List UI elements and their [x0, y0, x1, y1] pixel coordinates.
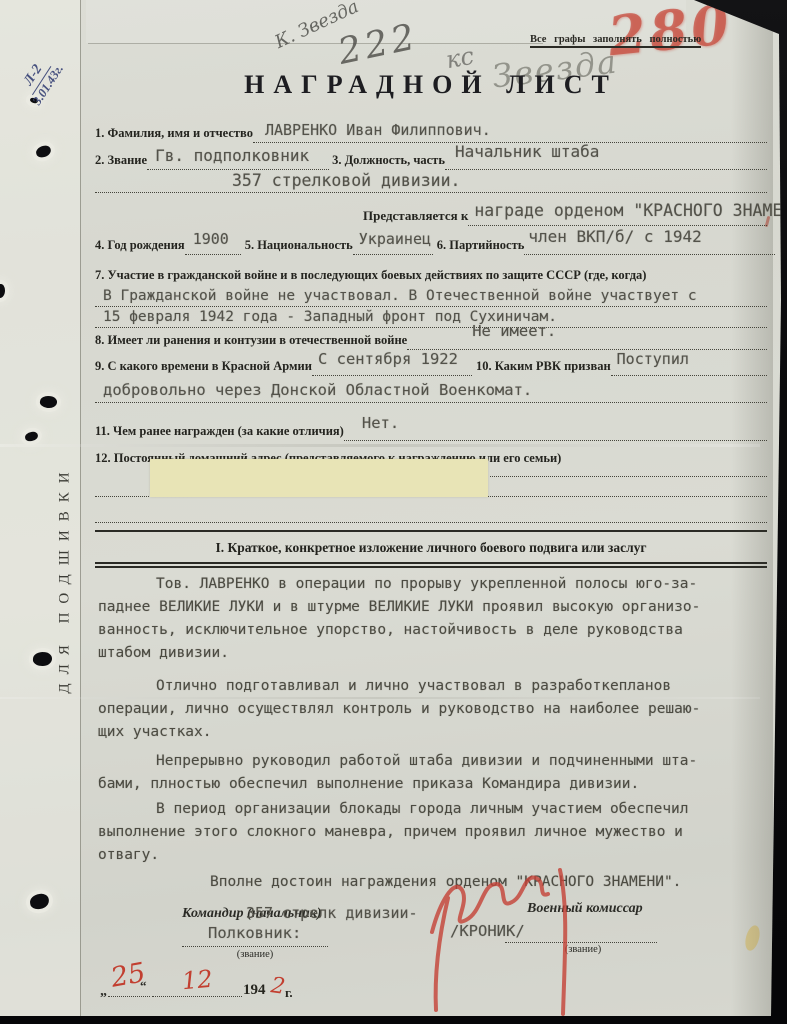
field-8-value: Не имеет. [472, 322, 556, 340]
presented-for-row: Представляется к награде орденом "КРАСНО… [95, 201, 767, 225]
section-1-heading: I. Краткое, конкретное изложение личного… [215, 540, 646, 555]
field-9-10: 9. С какого времени в Красной Армии С се… [95, 355, 767, 375]
binding-margin-text: ДЛЯ ПОДШИВКИ [57, 414, 74, 744]
field-11: 11. Чем ранее награжден (за какие отличи… [95, 416, 767, 440]
field-11-line: Нет. [344, 416, 767, 441]
date-close-quote: “ [140, 978, 147, 994]
field-3-line2-rule: 357 стрелковой дивизии. [95, 172, 767, 193]
citation-line: операции, лично осуществлял контроль и р… [98, 698, 762, 721]
field-7-line2: 15 февраля 1942 года - Западный фронт по… [95, 307, 767, 328]
field-12-rule-segment [490, 462, 767, 477]
field-8: 8. Имеет ли ранения и контузии в отечест… [95, 329, 767, 349]
citation-line: ванность, исключительное упорство, насто… [98, 619, 762, 642]
section-1-header: I. Краткое, конкретное изложение личного… [95, 530, 767, 568]
field-11-label: 11. Чем ранее награжден (за какие отличи… [95, 424, 344, 440]
commander-typed-unit: 357 стрелк дивизии- [246, 904, 418, 922]
citation-line: Непрерывно руководил работой штаба дивиз… [98, 750, 762, 773]
field-10-line2-rule: добровольно через Донской Областной Воен… [95, 379, 767, 403]
citation-line: бами, плностью обеспечил выполнение прик… [98, 773, 762, 796]
paper-top-edge-line [88, 43, 543, 44]
field-11-value: Нет. [362, 414, 399, 432]
date-row: „ 25 “ 12 194 2 г. [95, 960, 395, 1010]
field-7-label-row: 7. Участие в гражданской войне и в после… [95, 264, 767, 284]
field-1-value: ЛАВРЕНКО Иван Филиппович. [265, 121, 491, 139]
field-3-value: Начальник штаба [455, 142, 600, 161]
field-12-rule [95, 508, 767, 523]
pencil-annotation: 222 [335, 16, 422, 73]
field-7-value1: В Гражданской войне не участвовал. В Оте… [103, 288, 697, 304]
date-open-quote: „ [100, 984, 107, 1000]
field-7-answer-1: В Гражданской войне не участвовал. В Оте… [95, 286, 767, 306]
field-9-label: 9. С какого времени в Красной Армии [95, 359, 312, 375]
field-6-label: 6. Партийность [437, 238, 525, 254]
citation-line: выполнение этого слокного маневра, приче… [98, 821, 762, 844]
red-ink-signature [418, 852, 588, 1016]
presented-for-line: награде орденом "КРАСНОГО ЗНАМЕНИ" [468, 201, 767, 226]
presented-for-label: Представляется к [363, 208, 468, 225]
presented-for-spacer [95, 201, 363, 225]
field-10-line2: добровольно через Донской Областной Воен… [95, 379, 767, 402]
field-8-label: 8. Имеет ли ранения и контузии в отечест… [95, 333, 407, 349]
field-7-line1: В Гражданской войне не участвовал. В Оте… [95, 286, 767, 307]
field-1-line: ЛАВРЕНКО Иван Филиппович. [253, 122, 767, 143]
field-4-line: 1900 [185, 234, 241, 255]
citation-text: Тов. ЛАВРЕНКО в операции по прорыву укре… [98, 573, 762, 894]
field-2-label: 2. Звание [95, 153, 147, 169]
date-year-suffix: г. [285, 985, 293, 1001]
rank-caption-left: (звание) [182, 949, 328, 960]
form-title: НАГРАДНОЙ ЛИСТ [95, 70, 767, 100]
commander-signature-line [182, 932, 328, 947]
field-2-value: Гв. подполковник [155, 146, 309, 165]
field-10-value: Поступил [617, 350, 689, 368]
scanned-document-photo: Л-2 3.01.43г. ДЛЯ ПОДШИВКИ К. Звезда 222… [0, 0, 787, 1024]
field-6-value: член ВКП/б/ с 1942 [528, 227, 701, 246]
date-year-printed: 194 [243, 982, 266, 999]
field-3-line2: 357 стрелковой дивизии. [95, 172, 767, 192]
field-4-5-6: 4. Год рождения 1900 5. Национальность У… [95, 234, 775, 254]
citation-line: щих участках. [98, 721, 762, 744]
field-9-value: С сентября 1922 [318, 350, 458, 368]
right-edge-shadow [731, 0, 773, 1016]
field-8-line: Не имеет. [407, 329, 767, 350]
field-9-line: С сентября 1922 [312, 355, 472, 376]
citation-line: штабом дивизии. [98, 642, 762, 665]
field-10-label: 10. Каким РВК призван [476, 359, 611, 375]
field-7-label: 7. Участие в гражданской войне и в после… [95, 268, 646, 284]
fill-instruction: Все графы заполнять полностью [530, 34, 701, 48]
field-4-value: 1900 [193, 230, 229, 248]
citation-line: паднее ВЕЛИКИЕ ЛУКИ и в штурме ВЕЛИКИЕ Л… [98, 596, 762, 619]
citation-line: Отлично подготавливал и лично участвовал… [98, 675, 762, 698]
field-3-value2: 357 стрелковой дивизии. [232, 171, 460, 190]
field-10-value2: добровольно через Донской Областной Воен… [103, 381, 532, 399]
field-2-3: 2. Звание Гв. подполковник 3. Должность,… [95, 149, 767, 169]
redaction-box [150, 459, 488, 497]
date-month-handwritten: 12 [181, 965, 214, 996]
field-5-line: Украинец [353, 234, 433, 255]
field-3-line: Начальник штаба [445, 149, 767, 170]
field-5-label: 5. Национальность [245, 238, 353, 254]
field-7-answer-2: 15 февраля 1942 года - Западный фронт по… [95, 307, 767, 327]
award-sheet-page: Л-2 3.01.43г. ДЛЯ ПОДШИВКИ К. Звезда 222… [0, 0, 781, 1016]
citation-line: В период организации блокады города личн… [98, 798, 762, 821]
field-1-label: 1. Фамилия, имя и отчество [95, 126, 253, 142]
field-4-label: 4. Год рождения [95, 238, 185, 254]
citation-line: Тов. ЛАВРЕНКО в операции по прорыву укре… [98, 573, 762, 596]
field-2-line: Гв. подполковник [147, 149, 329, 170]
field-1: 1. Фамилия, имя и отчество ЛАВРЕНКО Иван… [95, 122, 767, 142]
field-5-value: Украинец [359, 230, 431, 248]
field-3-label: 3. Должность, часть [332, 153, 445, 169]
